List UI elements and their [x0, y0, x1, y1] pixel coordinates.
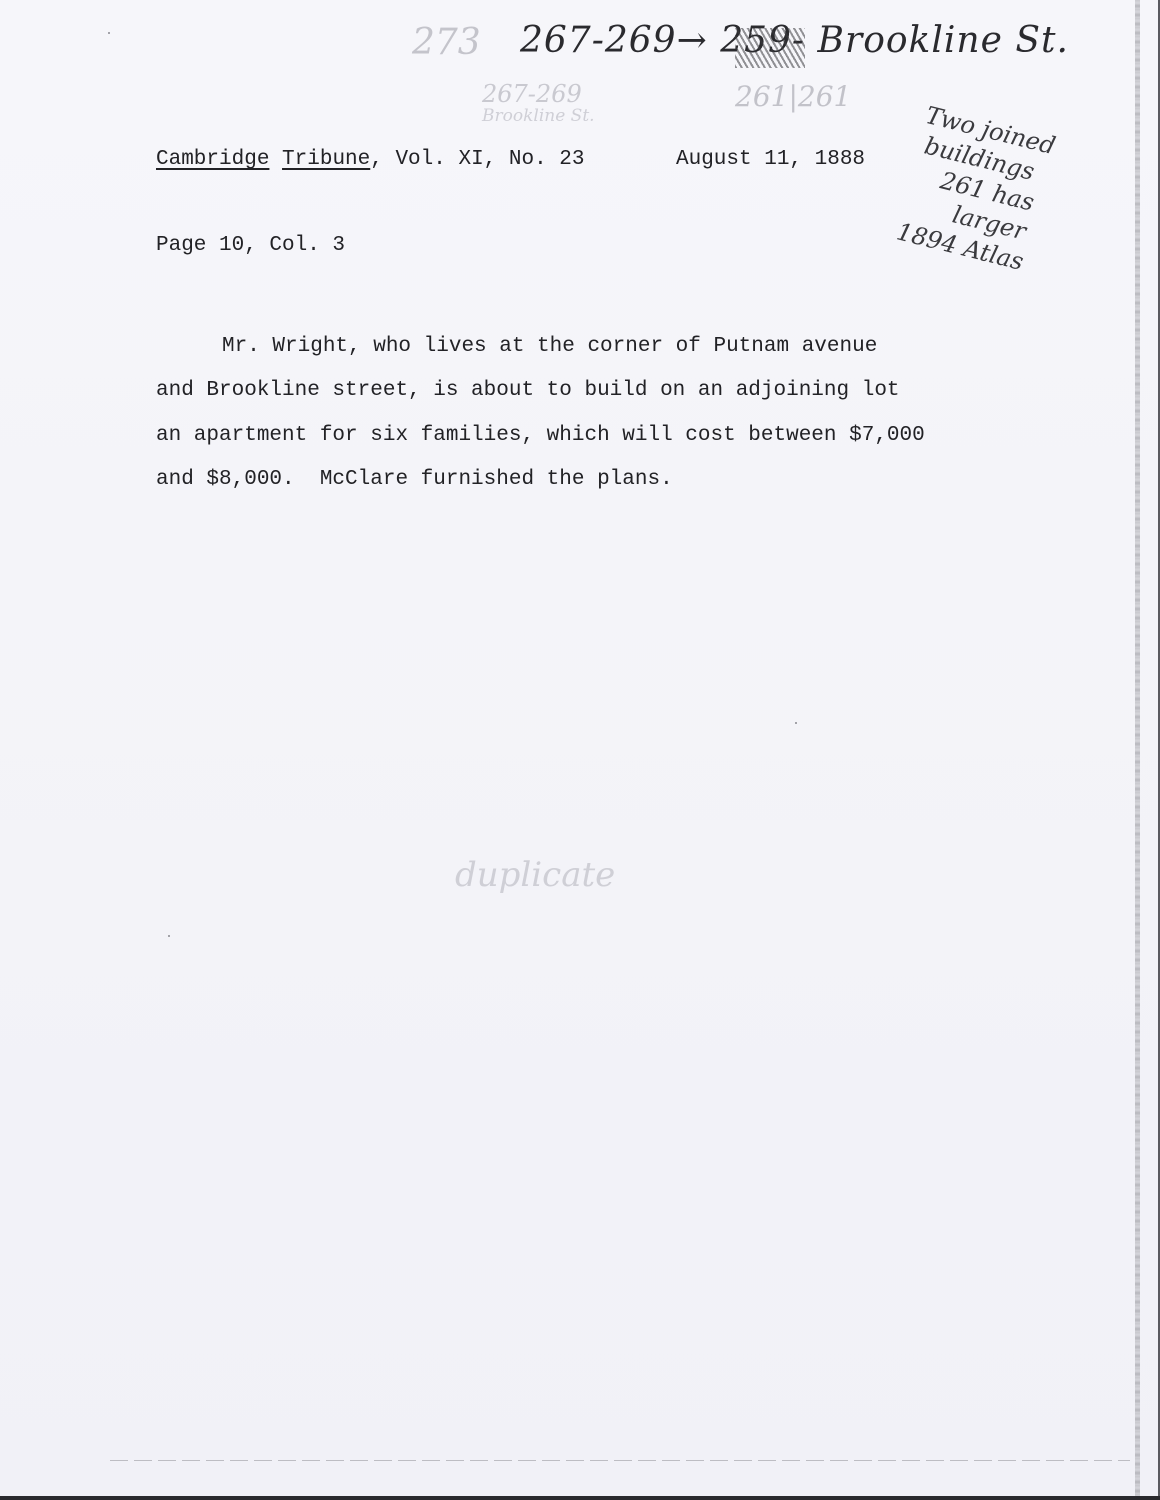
- citation-line: Cambridge Tribune, Vol. XI, No. 23: [156, 148, 585, 171]
- handwritten-address-numbers: 267-269→: [520, 20, 720, 61]
- scan-bottom-border: [0, 1496, 1160, 1500]
- article-line: an apartment for six families, which wil…: [156, 414, 925, 458]
- faint-handwritten-261: 261|261: [735, 80, 851, 113]
- volume-issue: , Vol. XI, No. 23: [370, 148, 584, 171]
- publication-name-part1: Cambridge: [156, 148, 269, 171]
- article-line: Mr. Wright, who lives at the corner of P…: [156, 325, 925, 369]
- faint-duplicate-note: duplicate: [455, 855, 615, 895]
- document-page: 273 267-269→ 259- Brookline St. 267-269 …: [0, 0, 1160, 1500]
- scan-speck: [168, 935, 170, 937]
- publication-date: August 11, 1888: [676, 148, 865, 171]
- article-line: and $8,000. McClare furnished the plans.: [156, 458, 925, 502]
- margin-note: Two joined buildings 261 has larger 1894…: [894, 100, 1105, 289]
- faint-handwritten-street: Brookline St.: [482, 106, 595, 126]
- scan-fold-line: [110, 1460, 1130, 1461]
- article-body: Mr. Wright, who lives at the corner of P…: [156, 325, 925, 502]
- handwritten-street: - Brookline St.: [792, 20, 1069, 61]
- article-line: and Brookline street, is about to build …: [156, 369, 925, 413]
- pencil-strikethrough: [735, 28, 805, 68]
- scan-speck: [108, 32, 110, 34]
- faint-handwritten-address: 267-269: [482, 80, 582, 108]
- page-column: Page 10, Col. 3: [156, 234, 345, 257]
- scan-speck: [795, 722, 797, 724]
- publication-name-part2: Tribune: [282, 148, 370, 171]
- scan-edge-shadow: [1135, 0, 1140, 1500]
- faint-handwritten-number: 273: [412, 22, 481, 63]
